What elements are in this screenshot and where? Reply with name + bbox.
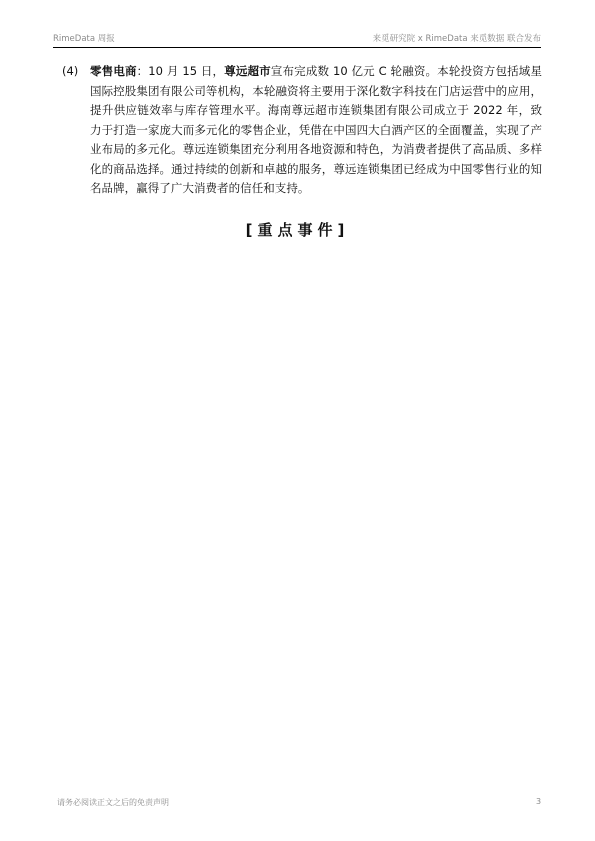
item-body: 零售电商：10 月 15 日，尊远超市宣布完成数 10 亿元 C 轮融资。本轮投… <box>90 62 542 199</box>
item-category: 零售电商 <box>90 64 137 78</box>
item-description: 宣布完成数 10 亿元 C 轮融资。本轮投资方包括域星国际控股集团有限公司等机构… <box>90 64 542 195</box>
page-number: 3 <box>536 797 541 806</box>
news-item: (4) 零售电商：10 月 15 日，尊远超市宣布完成数 10 亿元 C 轮融资… <box>62 62 542 199</box>
item-number: (4) <box>62 62 78 82</box>
page-header: RimeData 周报 来觅研究院 x RimeData 来觅数据 联合发布 <box>53 33 541 48</box>
header-publication-name: RimeData 周报 <box>53 34 115 45</box>
item-company: 尊远超市 <box>224 64 271 78</box>
footer-disclaimer: 请务必阅读正文之后的免责声明 <box>57 797 169 808</box>
header-publisher: 来觅研究院 x RimeData 来觅数据 联合发布 <box>373 34 541 45</box>
section-heading: [重点事件] <box>0 219 595 240</box>
item-date: ：10 月 15 日， <box>137 64 225 78</box>
